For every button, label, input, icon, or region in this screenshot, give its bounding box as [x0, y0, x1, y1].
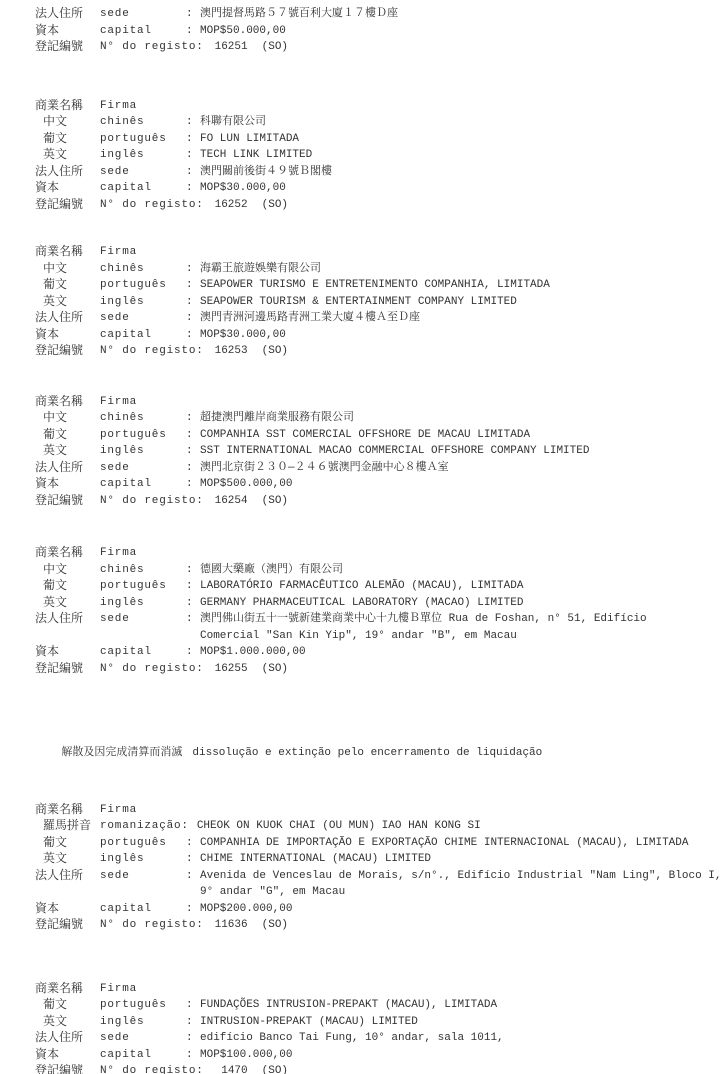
field-value: MOP$50.000,00	[200, 23, 286, 40]
field-row: 登記編號 N° do registo: 16252 (SO)	[35, 197, 723, 214]
field-row: 中文 chinês : 科聯有限公司	[35, 114, 723, 131]
registration-suffix: (SO)	[262, 1063, 288, 1074]
field-value: 澳門關前後街４９號Ｂ閣樓	[200, 164, 332, 181]
field-label-zh: 中文	[35, 114, 100, 131]
field-label-zh: 登記編號	[35, 343, 100, 360]
field-row: 法人住所 sede : 澳門佛山街五十一號新建業商業中心十九樓Ｂ單位 Rua d…	[35, 611, 723, 644]
field-row: 商業名稱 Firma	[35, 244, 723, 261]
field-row: 登記編號 N° do registo: 16251 (SO)	[35, 39, 723, 56]
registration-number: 16252	[212, 197, 248, 214]
registration-number: 16253	[212, 343, 248, 360]
field-row: 商業名稱 Firma	[35, 98, 723, 115]
field-row: 法人住所 sede : edifício Banco Tai Fung, 10°…	[35, 1030, 723, 1047]
field-row: 登記編號 N° do registo: 1470 (SO)	[35, 1063, 723, 1074]
field-row: 英文 inglês : GERMANY PHARMACEUTICAL LABOR…	[35, 595, 723, 612]
field-label-zh: 法人住所	[35, 164, 100, 181]
field-label-pt: inglês	[100, 851, 186, 868]
field-label-zh: 資本	[35, 327, 100, 344]
registration-suffix: (SO)	[262, 917, 288, 934]
field-value: COMPANHIA SST COMERCIAL OFFSHORE DE MACA…	[200, 427, 530, 444]
colon-separator: :	[186, 131, 200, 148]
field-row: 資本 capital : MOP$500.000,00	[35, 476, 723, 493]
field-label-zh: 資本	[35, 1047, 100, 1064]
registration-number: 16254	[212, 493, 248, 510]
colon-separator: :	[186, 611, 200, 628]
field-row: 英文 inglês : CHIME INTERNATIONAL (MACAU) …	[35, 851, 723, 868]
entry-16251: 法人住所 sede : 澳門提督馬路５７號百利大廈１７樓Ｄ座 資本 capita…	[35, 6, 723, 56]
field-value: Avenida de Venceslau de Morais, s/n°., E…	[200, 868, 722, 901]
field-label-pt: Firma	[100, 98, 186, 115]
field-row: 資本 capital : MOP$50.000,00	[35, 23, 723, 40]
field-row: 英文 inglês : TECH LINK LIMITED	[35, 147, 723, 164]
colon-separator: :	[186, 147, 200, 164]
field-value: 德國大藥廠（澳門）有限公司	[200, 562, 343, 579]
field-label-pt: N° do registo:	[100, 493, 204, 510]
field-label-zh: 中文	[35, 562, 100, 579]
field-label-pt: capital	[100, 23, 186, 40]
field-value: MOP$500.000,00	[200, 476, 292, 493]
field-row: 法人住所 sede : 澳門關前後街４９號Ｂ閣樓	[35, 164, 723, 181]
field-value: MOP$30.000,00	[200, 327, 286, 344]
field-label-zh: 登記編號	[35, 39, 100, 56]
field-row: 羅馬拼音 romanização: CHEOK ON KUOK CHAI (OU…	[35, 818, 723, 835]
colon-separator: :	[186, 644, 200, 661]
field-label-zh: 英文	[35, 851, 100, 868]
field-label-zh: 中文	[35, 261, 100, 278]
field-label-pt: Firma	[100, 244, 186, 261]
field-row: 資本 capital : MOP$200.000,00	[35, 901, 723, 918]
field-label-zh: 商業名稱	[35, 545, 100, 562]
registration-suffix: (SO)	[262, 661, 288, 678]
field-label-pt: português	[100, 997, 186, 1014]
field-label-pt: capital	[100, 180, 186, 197]
section-heading-pt: dissolução e extinção pelo encerramento …	[192, 747, 542, 759]
section-heading: 解散及因完成清算而消滅dissolução e extinção pelo en…	[35, 728, 723, 778]
field-row: 法人住所 sede : 澳門青洲河邊馬路青洲工業大廈４樓Ａ至Ｄ座	[35, 310, 723, 327]
registration-number: 16255	[212, 661, 248, 678]
field-label-pt: capital	[100, 327, 186, 344]
colon-separator: :	[186, 595, 200, 612]
field-row: 資本 capital : MOP$1.000.000,00	[35, 644, 723, 661]
field-row: 英文 inglês : SST INTERNATIONAL MACAO COMM…	[35, 443, 723, 460]
colon-separator: :	[186, 460, 200, 477]
colon-separator: :	[186, 310, 200, 327]
colon-separator: :	[186, 327, 200, 344]
field-label-zh: 資本	[35, 23, 100, 40]
field-label-pt: capital	[100, 901, 186, 918]
field-row: 葡文 português : LABORATÓRIO FARMACÊUTICO …	[35, 578, 723, 595]
field-value: INTRUSION-PREPAKT (MACAU) LIMITED	[200, 1014, 418, 1031]
field-label-zh: 英文	[35, 443, 100, 460]
field-value: edifício Banco Tai Fung, 10° andar, sala…	[200, 1030, 504, 1047]
field-label-pt: português	[100, 131, 186, 148]
field-value: SEAPOWER TURISMO E ENTRETENIMENTO COMPAN…	[200, 277, 550, 294]
field-row: 資本 capital : MOP$30.000,00	[35, 327, 723, 344]
entry-1470: 商業名稱 Firma 葡文 português : FUNDAÇÕES INTR…	[35, 981, 723, 1074]
colon-separator: :	[186, 851, 200, 868]
field-label-pt: inglês	[100, 147, 186, 164]
field-value: 澳門北京街２３０—２４６號澳門金融中心８樓Ａ室	[200, 460, 449, 477]
field-value: MOP$1.000.000,00	[200, 644, 306, 661]
field-label-pt: sede	[100, 6, 186, 23]
field-label-pt: sede	[100, 310, 186, 327]
entry-16254: 商業名稱 Firma 中文 chinês : 超捷澳門離岸商業服務有限公司 葡文…	[35, 394, 723, 510]
field-value: COMPANHIA DE IMPORTAÇÃO E EXPORTAÇÃO CHI…	[200, 835, 688, 852]
field-label-pt: sede	[100, 611, 186, 628]
field-row: 登記編號 N° do registo: 16253 (SO)	[35, 343, 723, 360]
field-row: 葡文 português : COMPANHIA SST COMERCIAL O…	[35, 427, 723, 444]
field-label-zh: 英文	[35, 595, 100, 612]
field-label-pt: inglês	[100, 443, 186, 460]
registration-suffix: (SO)	[262, 343, 288, 360]
registry-entries-bottom: 商業名稱 Firma 羅馬拼音 romanização: CHEOK ON KU…	[35, 802, 723, 1074]
field-label-pt: chinês	[100, 562, 186, 579]
field-value: 澳門佛山街五十一號新建業商業中心十九樓Ｂ單位 Rua de Foshan, n°…	[200, 611, 647, 644]
colon-separator: :	[186, 23, 200, 40]
field-row: 資本 capital : MOP$100.000,00	[35, 1047, 723, 1064]
colon-separator: :	[186, 427, 200, 444]
field-row: 葡文 português : FUNDAÇÕES INTRUSION-PREPA…	[35, 997, 723, 1014]
field-label-pt: sede	[100, 164, 186, 181]
field-label-zh: 葡文	[35, 578, 100, 595]
field-label-zh: 羅馬拼音	[35, 818, 100, 835]
field-label-pt: capital	[100, 476, 186, 493]
field-label-zh: 登記編號	[35, 661, 100, 678]
field-value: 澳門提督馬路５７號百利大廈１７樓Ｄ座	[200, 6, 398, 23]
field-label-zh: 登記編號	[35, 197, 100, 214]
field-label-zh: 葡文	[35, 131, 100, 148]
colon-separator: :	[186, 261, 200, 278]
field-row: 中文 chinês : 海霸王旅遊娛樂有限公司	[35, 261, 723, 278]
field-label-pt: inglês	[100, 294, 186, 311]
registration-number: 1470	[212, 1063, 248, 1074]
field-label-zh: 法人住所	[35, 868, 100, 885]
field-row: 葡文 português : FO LUN LIMITADA	[35, 131, 723, 148]
field-value: CHEOK ON KUOK CHAI (OU MUN) IAO HAN KONG…	[197, 818, 481, 835]
registration-number: 16251	[212, 39, 248, 56]
field-label-zh: 資本	[35, 901, 100, 918]
colon-separator: :	[186, 443, 200, 460]
field-row: 中文 chinês : 德國大藥廠（澳門）有限公司	[35, 562, 723, 579]
colon-separator: :	[186, 1047, 200, 1064]
field-row: 法人住所 sede : 澳門提督馬路５７號百利大廈１７樓Ｄ座	[35, 6, 723, 23]
field-label-zh: 商業名稱	[35, 98, 100, 115]
field-label-pt: sede	[100, 868, 186, 885]
field-label-zh: 英文	[35, 1014, 100, 1031]
field-label-pt: N° do registo:	[100, 661, 204, 678]
field-label-pt: português	[100, 427, 186, 444]
entry-16255: 商業名稱 Firma 中文 chinês : 德國大藥廠（澳門）有限公司 葡文 …	[35, 545, 723, 677]
colon-separator: :	[186, 294, 200, 311]
colon-separator: :	[186, 410, 200, 427]
colon-separator: :	[186, 578, 200, 595]
field-label-zh: 商業名稱	[35, 981, 100, 998]
field-row: 葡文 português : COMPANHIA DE IMPORTAÇÃO E…	[35, 835, 723, 852]
colon-separator: :	[186, 6, 200, 23]
field-label-zh: 法人住所	[35, 6, 100, 23]
field-label-zh: 商業名稱	[35, 244, 100, 261]
colon-separator: :	[186, 1014, 200, 1031]
field-label-pt: N° do registo:	[100, 39, 204, 56]
field-value: MOP$100.000,00	[200, 1047, 292, 1064]
colon-separator: :	[186, 997, 200, 1014]
field-label-pt: N° do registo:	[100, 197, 204, 214]
field-row: 英文 inglês : SEAPOWER TOURISM & ENTERTAIN…	[35, 294, 723, 311]
field-label-pt: Firma	[100, 981, 186, 998]
field-label-pt: inglês	[100, 1014, 186, 1031]
field-label-zh: 資本	[35, 644, 100, 661]
registry-entries-top: 法人住所 sede : 澳門提督馬路５７號百利大廈１７樓Ｄ座 資本 capita…	[35, 6, 723, 677]
field-label-pt: sede	[100, 460, 186, 477]
entry-16252: 商業名稱 Firma 中文 chinês : 科聯有限公司 葡文 portugu…	[35, 98, 723, 214]
field-value: CHIME INTERNATIONAL (MACAU) LIMITED	[200, 851, 431, 868]
field-row: 中文 chinês : 超捷澳門離岸商業服務有限公司	[35, 410, 723, 427]
field-label-zh: 法人住所	[35, 611, 100, 628]
field-row: 登記編號 N° do registo: 16254 (SO)	[35, 493, 723, 510]
registration-suffix: (SO)	[262, 197, 288, 214]
colon-separator: :	[186, 562, 200, 579]
field-label-zh: 葡文	[35, 835, 100, 852]
colon-separator: :	[186, 868, 200, 885]
field-label-pt: Firma	[100, 545, 186, 562]
field-value: FUNDAÇÕES INTRUSION-PREPAKT (MACAU), LIM…	[200, 997, 497, 1014]
field-label-pt: chinês	[100, 410, 186, 427]
field-row: 登記編號 N° do registo: 16255 (SO)	[35, 661, 723, 678]
field-row: 法人住所 sede : 澳門北京街２３０—２４６號澳門金融中心８樓Ａ室	[35, 460, 723, 477]
document-page: 法人住所 sede : 澳門提督馬路５７號百利大廈１７樓Ｄ座 資本 capita…	[35, 6, 723, 1074]
field-row: 商業名稱 Firma	[35, 981, 723, 998]
field-value: GERMANY PHARMACEUTICAL LABORATORY (MACAO…	[200, 595, 523, 612]
field-row: 登記編號 N° do registo: 11636 (SO)	[35, 917, 723, 934]
field-row: 商業名稱 Firma	[35, 394, 723, 411]
registration-suffix: (SO)	[262, 39, 288, 56]
field-label-zh: 英文	[35, 294, 100, 311]
colon-separator: :	[186, 1030, 200, 1047]
field-label-zh: 法人住所	[35, 1030, 100, 1047]
field-label-pt: N° do registo:	[100, 1063, 204, 1074]
colon-separator: :	[186, 164, 200, 181]
field-label-pt: português	[100, 578, 186, 595]
field-row: 商業名稱 Firma	[35, 545, 723, 562]
field-label-zh: 中文	[35, 410, 100, 427]
entry-16253: 商業名稱 Firma 中文 chinês : 海霸王旅遊娛樂有限公司 葡文 po…	[35, 244, 723, 360]
field-row: 葡文 português : SEAPOWER TURISMO E ENTRET…	[35, 277, 723, 294]
field-row: 英文 inglês : INTRUSION-PREPAKT (MACAU) LI…	[35, 1014, 723, 1031]
field-label-zh: 資本	[35, 180, 100, 197]
field-label-zh: 登記編號	[35, 493, 100, 510]
field-label-pt: inglês	[100, 595, 186, 612]
field-label-zh: 法人住所	[35, 460, 100, 477]
field-value: 超捷澳門離岸商業服務有限公司	[200, 410, 354, 427]
field-row: 資本 capital : MOP$30.000,00	[35, 180, 723, 197]
field-label-zh: 資本	[35, 476, 100, 493]
field-label-pt: capital	[100, 1047, 186, 1064]
field-row: 法人住所 sede : Avenida de Venceslau de Mora…	[35, 868, 723, 901]
field-label-zh: 葡文	[35, 277, 100, 294]
field-label-zh: 英文	[35, 147, 100, 164]
field-label-pt: sede	[100, 1030, 186, 1047]
field-value: SEAPOWER TOURISM & ENTERTAINMENT COMPANY…	[200, 294, 517, 311]
field-label-pt: Firma	[100, 394, 186, 411]
colon-separator: :	[186, 476, 200, 493]
field-label-zh: 葡文	[35, 997, 100, 1014]
section-heading-zh: 解散及因完成清算而消滅	[61, 747, 182, 759]
field-value: 科聯有限公司	[200, 114, 266, 131]
field-value: LABORATÓRIO FARMACÊUTICO ALEMÃO (MACAU),…	[200, 578, 523, 595]
field-label-pt: português	[100, 277, 186, 294]
colon-separator: :	[186, 835, 200, 852]
registration-number: 11636	[212, 917, 248, 934]
field-label-zh: 法人住所	[35, 310, 100, 327]
colon-separator: :	[186, 277, 200, 294]
entry-11636: 商業名稱 Firma 羅馬拼音 romanização: CHEOK ON KU…	[35, 802, 723, 934]
field-label-pt: chinês	[100, 114, 186, 131]
field-label-pt: N° do registo:	[100, 917, 204, 934]
field-value: 澳門青洲河邊馬路青洲工業大廈４樓Ａ至Ｄ座	[200, 310, 420, 327]
field-value: SST INTERNATIONAL MACAO COMMERCIAL OFFSH…	[200, 443, 589, 460]
field-row: 商業名稱 Firma	[35, 802, 723, 819]
registration-suffix: (SO)	[262, 493, 288, 510]
field-label-pt: Firma	[100, 802, 186, 819]
field-label-pt: N° do registo:	[100, 343, 204, 360]
field-value: TECH LINK LIMITED	[200, 147, 312, 164]
field-label-zh: 登記編號	[35, 917, 100, 934]
field-value: 海霸王旅遊娛樂有限公司	[200, 261, 321, 278]
colon-separator: :	[186, 114, 200, 131]
field-value: FO LUN LIMITADA	[200, 131, 299, 148]
field-label-zh: 商業名稱	[35, 802, 100, 819]
colon-separator: :	[186, 180, 200, 197]
field-label-pt: português	[100, 835, 186, 852]
field-label-pt: capital	[100, 644, 186, 661]
colon-separator: :	[186, 901, 200, 918]
field-label-pt: romanização:	[100, 818, 189, 835]
field-value: MOP$200.000,00	[200, 901, 292, 918]
field-label-zh: 登記編號	[35, 1063, 100, 1074]
field-value: MOP$30.000,00	[200, 180, 286, 197]
field-label-zh: 商業名稱	[35, 394, 100, 411]
field-label-pt: chinês	[100, 261, 186, 278]
field-label-zh: 葡文	[35, 427, 100, 444]
